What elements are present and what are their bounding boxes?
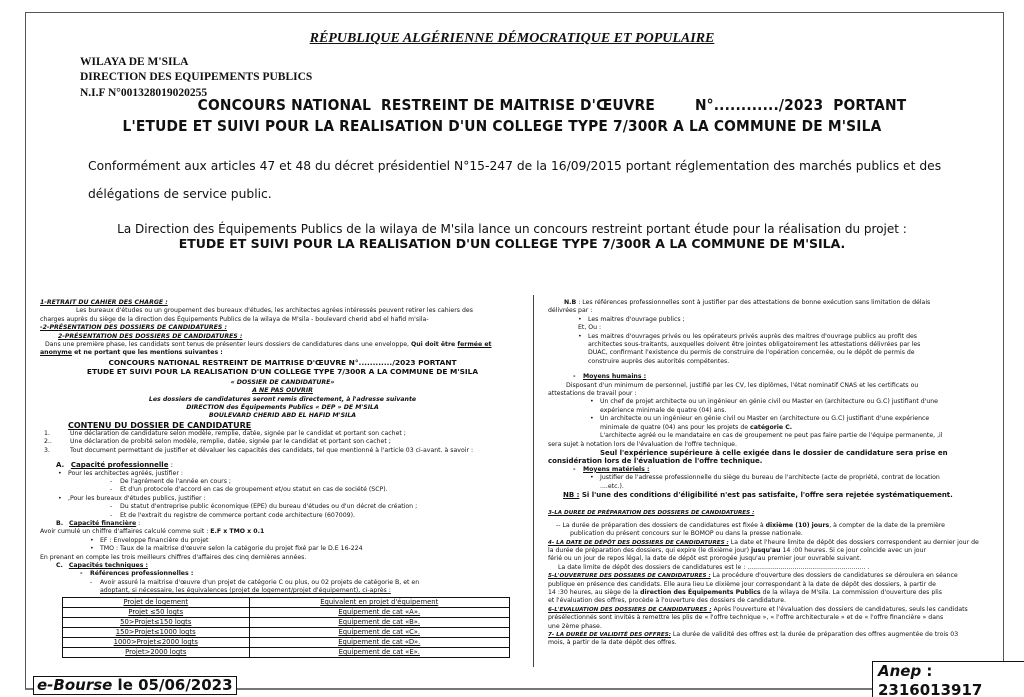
announcement-text: La Direction des Équipements Publics de …: [0, 222, 1024, 236]
envelope-line-1: CONCOURS NATIONAL RESTREINT DE MAITRISE …: [40, 358, 525, 367]
contenu-list: 1.Une déclaration de candidature selon m…: [40, 430, 525, 455]
contenu-item: 2..Une déclaration de probité selon modè…: [40, 438, 525, 446]
moyens-materiels-title: Moyens matériels :: [583, 466, 1004, 474]
section-2-title-b: 2-PRÉSENTATION DES DOSSIERS DE CANDIDATU…: [58, 333, 525, 341]
section-3-title: 3-LA DUREE DE PRÉPARATION DES DOSSIERS D…: [548, 509, 1004, 517]
envelope-remis: Les dossiers de candidatures seront remi…: [40, 396, 525, 404]
anep-stamp: Anep : 2316013917: [872, 661, 1024, 697]
direction: DIRECTION DES EQUIPEMENTS PUBLICS: [80, 70, 312, 85]
section-6: 6-L'EVALUATION DES DOSSIERS DE CANDIDATU…: [548, 606, 1004, 614]
contest-title-line1: CONCOURS NATIONAL RESTREINT DE MAITRISE …: [81, 96, 1023, 114]
table-header: Equivalent en projet d'équipement: [249, 598, 509, 608]
contenu-title: CONTENU DU DOSSIER DE CANDIDATURE: [68, 421, 525, 430]
left-column: 1-RETRAIT DU CAHIER DES CHARGE : Les bur…: [40, 299, 525, 596]
section-1-text: Les bureaux d'études ou un groupement de…: [40, 307, 525, 315]
envelope-direction: DIRECTION des Équipements Publics « DEP …: [40, 404, 525, 412]
table-header: Projet de logement: [63, 598, 250, 608]
nb-references: N.B : Les références professionnelles so…: [548, 299, 1004, 307]
table-row: Projet>2000 logtsEquipement de cat «E».: [63, 648, 510, 658]
republic-title: RÉPUBLIQUE ALGÉRIENNE DÉMOCRATIQUE ET PO…: [0, 31, 1024, 47]
moyens-humains-title: Moyens humains :: [583, 373, 1004, 381]
envelope-line-2: ETUDE ET SUIVI POUR LA REALISATION D'UN …: [40, 367, 525, 376]
contest-title-line2: L'ETUDE ET SUIVI POUR LA REALISATION D'U…: [31, 117, 973, 135]
nb-eligibility: NB : Si l'une des conditions d'éligibili…: [563, 491, 1004, 499]
right-column: N.B : Les références professionnelles so…: [548, 299, 1004, 648]
section-5: 5-L'OUVERTURE DES DOSSIERS DE CANDIDATUR…: [548, 572, 1004, 580]
legal-reference: Conformément aux articles 47 et 48 du dé…: [88, 152, 1024, 208]
section-2-title-a: -2-PRÉSENTATION DES DOSSIERS DE CANDIDAT…: [40, 324, 525, 332]
envelope-dossier: « DOSSIER DE CANDIDATURE»: [40, 379, 525, 387]
envelope-boulevard: BOULEVARD CHERID ABD EL HAFID M'SILA: [40, 412, 525, 420]
table-row: 1000>Projet≤2000 logtsEquipement de cat …: [63, 638, 510, 648]
contenu-item: 3.Tout document permettant de justifier …: [40, 447, 525, 455]
section-4: 4- LA DATE DE DÉPÔT DES DOSSIERS DE CAND…: [548, 539, 1004, 547]
equivalence-table: Projet de logement Equivalent en projet …: [62, 597, 510, 658]
section-2-text: Dans une première phase, les candidats s…: [45, 341, 525, 349]
table-row: 150>Projet≤1000 logtsEquipement de cat «…: [63, 628, 510, 638]
wilaya: WILAYA DE M'SILA: [80, 55, 188, 70]
column-divider: [533, 295, 534, 667]
envelope-ne-pas-ouvrir: A NE PAS OUVRIR: [40, 387, 525, 395]
ebourse-stamp: e-Bourse le 05/06/2023: [33, 676, 237, 695]
table-row: Projet ≤50 logtsEquipement de cat «A».: [63, 608, 510, 618]
project-title: ETUDE ET SUIVI POUR LA REALISATION D'UN …: [0, 236, 1024, 251]
capacite-professionnelle: A. Capacité professionnelle :: [56, 461, 525, 469]
table-row: 50>Projet≤150 logtsEquipement de cat «B»…: [63, 618, 510, 628]
